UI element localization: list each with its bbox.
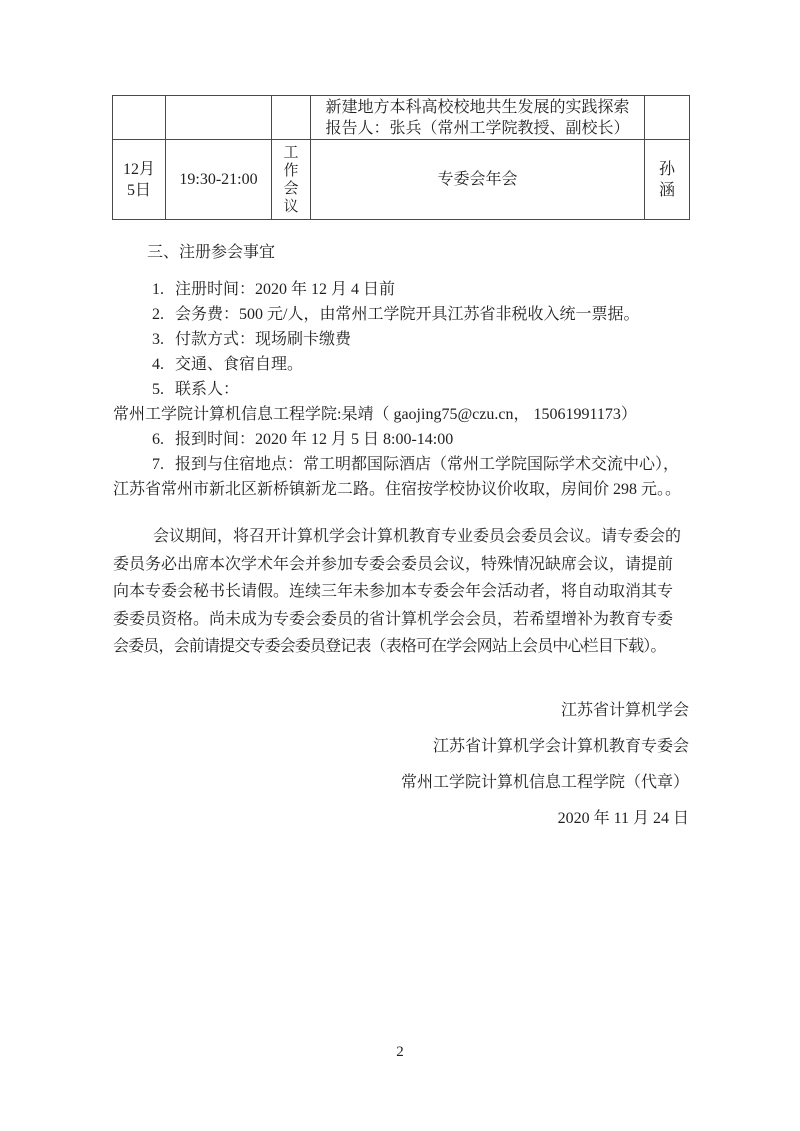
list-item-number: 7.	[152, 452, 175, 477]
section-heading: 三、注册参会事宜	[113, 243, 275, 263]
session-vertical-label: 工作会议	[283, 144, 299, 216]
list-item-continuation: 常州工学院计算机信息工程学院:杲靖（ gaojing75@czu.cn， 150…	[113, 402, 690, 427]
signature-block: 江苏省计算机学会 江苏省计算机学会计算机教育专委会 常州工学院计算机信息工程学院…	[113, 693, 689, 837]
list-item-text: 联系人：	[175, 381, 239, 398]
table-row-report: 新建地方本科高校校地共生发展的实践探索 报告人：张兵（常州工学院教授、副校长）	[113, 96, 690, 140]
date-cell: 12月 5日	[113, 140, 166, 220]
time-cell-empty	[166, 96, 272, 140]
date-line-day: 5日	[113, 180, 165, 201]
schedule-table: 新建地方本科高校校地共生发展的实践探索 报告人：张兵（常州工学院教授、副校长） …	[112, 95, 690, 220]
signature-org-3: 常州工学院计算机信息工程学院（代章）	[113, 765, 689, 801]
registration-list: 1.注册时间：2020 年 12 月 4 日前 2.会务费：500 元/人，由常…	[113, 277, 690, 502]
paragraph-line: 会委员，会前请提交专委会委员登记表（表格可在学会网站上会员中心栏目下载）。	[113, 633, 690, 661]
list-item-text: 交通、食宿自理。	[175, 356, 303, 373]
host-name-char2: 涵	[645, 180, 689, 201]
list-item: 5.联系人：	[113, 377, 690, 402]
talk-title: 新建地方本科高校校地共生发展的实践探索	[311, 97, 644, 118]
session-cell: 工作会议	[272, 140, 311, 220]
closing-paragraph: 会议期间，将召开计算机学会计算机教育专业委员会委员会议。请专委会的 委员务必出席…	[113, 523, 690, 661]
paragraph-line: 委员务必出席本次学术年会并参加专委会委员会议，特殊情况缺席会议，请提前	[113, 551, 690, 579]
list-item: 4.交通、食宿自理。	[113, 352, 690, 377]
list-item: 6.报到时间：2020 年 12 月 5 日 8:00-14:00	[113, 427, 690, 452]
paragraph-line: 会议期间，将召开计算机学会计算机教育专业委员会委员会议。请专委会的	[113, 523, 690, 551]
page-number: 2	[0, 1042, 800, 1062]
list-item-text: 会务费：500 元/人，由常州工学院开具江苏省非税收入统一票据。	[175, 306, 639, 323]
signature-date: 2020 年 11 月 24 日	[113, 801, 689, 837]
list-item-number: 3.	[152, 327, 175, 352]
paragraph-line: 向本专委会秘书长请假。连续三年未参加本专委会年会活动者，将自动取消其专	[113, 578, 690, 606]
host-cell-empty	[645, 96, 690, 140]
talk-speaker: 报告人：张兵（常州工学院教授、副校长）	[311, 118, 644, 139]
date-line-month: 12月	[113, 159, 165, 180]
list-item: 1.注册时间：2020 年 12 月 4 日前	[113, 277, 690, 302]
list-item-continuation: 江苏省常州市新北区新桥镇新龙二路。住宿按学校协议价收取，房间价 298 元。。	[113, 477, 690, 502]
list-item-number: 5.	[152, 377, 175, 402]
date-cell-empty	[113, 96, 166, 140]
list-item-number: 6.	[152, 427, 175, 452]
content-cell: 新建地方本科高校校地共生发展的实践探索 报告人：张兵（常州工学院教授、副校长）	[311, 96, 645, 140]
table-row-annual-meeting: 12月 5日 19:30-21:00 工作会议 专委会年会 孙 涵	[113, 140, 690, 220]
list-item-number: 1.	[152, 277, 175, 302]
host-name-char1: 孙	[645, 159, 689, 180]
list-item-text: 付款方式：现场刷卡缴费	[175, 331, 351, 348]
content-cell: 专委会年会	[311, 140, 645, 220]
list-item: 2.会务费：500 元/人，由常州工学院开具江苏省非税收入统一票据。	[113, 302, 690, 327]
list-item-text: 注册时间：2020 年 12 月 4 日前	[175, 281, 395, 298]
paragraph-line: 委委员资格。尚未成为专委会委员的省计算机学会会员，若希望增补为教育专委	[113, 606, 690, 634]
document-page: 新建地方本科高校校地共生发展的实践探索 报告人：张兵（常州工学院教授、副校长） …	[0, 0, 800, 1131]
list-item: 7.报到与住宿地点：常工明都国际酒店（常州工学院国际学术交流中心），	[113, 452, 690, 477]
signature-org-2: 江苏省计算机学会计算机教育专委会	[113, 729, 689, 765]
session-cell-empty	[272, 96, 311, 140]
time-cell: 19:30-21:00	[166, 140, 272, 220]
list-item-text: 报到时间：2020 年 12 月 5 日 8:00-14:00	[175, 431, 453, 448]
list-item: 3.付款方式：现场刷卡缴费	[113, 327, 690, 352]
list-item-number: 2.	[152, 302, 175, 327]
host-cell: 孙 涵	[645, 140, 690, 220]
contact-detail-text: 常州工学院计算机信息工程学院:杲靖（ gaojing75@czu.cn， 150…	[113, 406, 637, 423]
address-detail-text: 江苏省常州市新北区新桥镇新龙二路。住宿按学校协议价收取，房间价 298 元。。	[113, 481, 681, 498]
list-item-text: 报到与住宿地点：常工明都国际酒店（常州工学院国际学术交流中心），	[175, 456, 679, 473]
signature-org-1: 江苏省计算机学会	[113, 693, 689, 729]
list-item-number: 4.	[152, 352, 175, 377]
